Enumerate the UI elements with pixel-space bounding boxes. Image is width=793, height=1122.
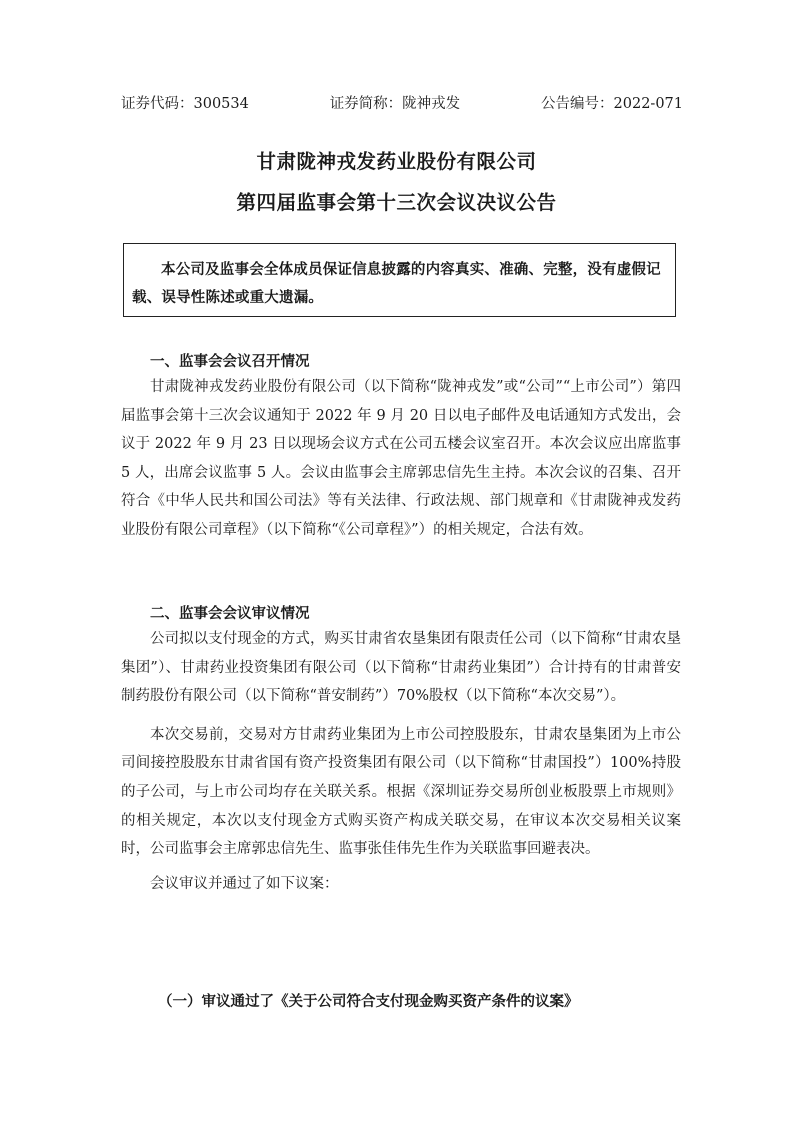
stock-abbreviation: 证券简称：陇神戎发 [330,92,461,114]
paragraph: 甘肃陇神戎发药业股份有限公司（以下简称“陇神戎发”或“公司”“上市公司”）第四届… [121,373,681,545]
announcement-header: 证券代码：300534 证券简称：陇神戎发 公告编号：2022-071 [121,92,683,114]
section-1-body: 甘肃陇神戎发药业股份有限公司（以下简称“陇神戎发”或“公司”“上市公司”）第四届… [121,373,681,545]
section-heading-1: 一、监事会会议召开情况 [150,350,310,371]
paragraph: 本次交易前，交易对方甘肃药业集团为上市公司控股股东，甘肃农垦集团为上市公司间接控… [121,721,681,864]
paragraph: 会议审议并通过了如下议案： [121,870,681,899]
document-page: 证券代码：300534 证券简称：陇神戎发 公告编号：2022-071 甘肃陇神… [0,0,793,1122]
company-name: 甘肃陇神戎发药业股份有限公司 [0,146,793,174]
stock-code: 证券代码：300534 [121,92,249,114]
disclosure-notice-box: 本公司及监事会全体成员保证信息披露的内容真实、准确、完整，没有虚假记载、误导性陈… [123,243,676,317]
announcement-number: 公告编号：2022-071 [541,92,683,114]
document-title: 第四届监事会第十三次会议决议公告 [0,187,793,215]
paragraph: 公司拟以支付现金的方式，购买甘肃省农垦集团有限责任公司（以下简称“甘肃农垦集团”… [121,625,681,711]
section-heading-2: 二、监事会会议审议情况 [150,602,310,623]
motion-heading-1: （一）审议通过了《关于公司符合支付现金购买资产条件的议案》 [158,990,579,1011]
section-2-body: 公司拟以支付现金的方式，购买甘肃省农垦集团有限责任公司（以下简称“甘肃农垦集团”… [121,625,681,898]
